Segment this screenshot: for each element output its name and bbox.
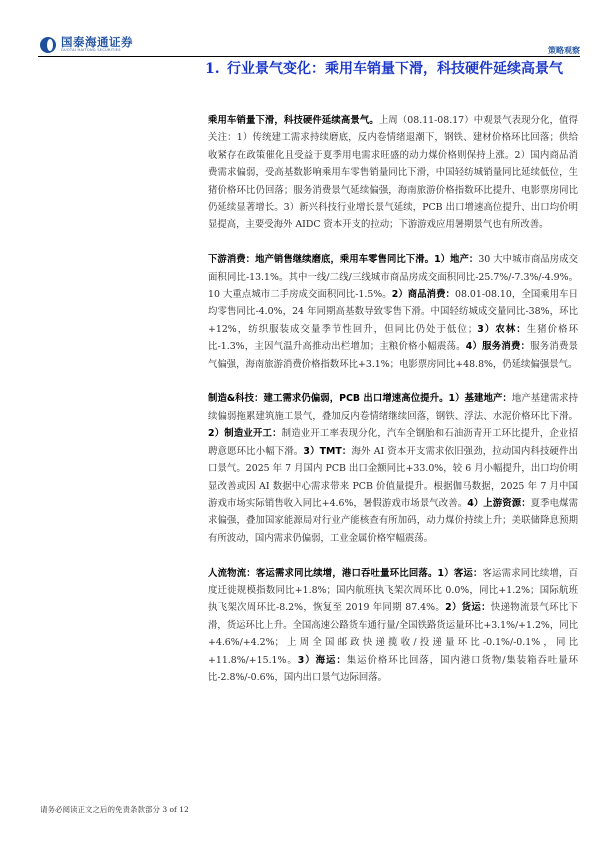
logo-name-en: GUOTAI HAITONG SECURITIES [61,48,133,53]
logo-name-cn: 国泰海通证券 [61,36,133,48]
paragraph-lead: 下游消费：地产销售继续磨底，乘用车零售同比下滑。 [208,254,434,265]
page-header: 国泰海通证券 GUOTAI HAITONG SECURITIES 策略观察 [38,36,580,58]
header-divider [38,56,580,57]
paragraph-text: 上周（08.11-08.17）中观景气表现分化，值得关注：1）传统建工需求持续磨… [208,115,578,230]
paragraph-lead: 人流物流：客运需求同比续增，港口吞吐量环比回落。 [208,568,438,579]
paragraph-manufacturing: 制造&科技：建工需求仍偏弱，PCB 出口增速高位提升。1）基建地产：地产基建需求… [208,390,578,547]
section-title-text: 行业景气变化：乘用车销量下滑，科技硬件延续高景气 [227,60,583,79]
segment-label: 4）服务消费： [466,341,530,352]
paragraph-lead: 乘用车销量下滑，科技硬件延续高景气。 [208,115,379,126]
segment-label: 3）海运： [298,655,347,666]
segment-label: 1）客运： [438,568,483,579]
segment-label: 2）制造业开工： [208,428,282,439]
page-footer: 请务必阅读正文之后的免责条款部分 3 of 12 [40,804,189,815]
section-number: 1. [205,60,227,79]
segment-label: 2）商品消费： [392,289,455,300]
page-number: 3 of 12 [162,805,188,814]
paragraph-consumption: 下游消费：地产销售继续磨底，乘用车零售同比下滑。1）地产：30 大中城市商品房成… [208,251,578,373]
segment-label: 3）农林： [477,324,526,335]
document-body: 乘用车销量下滑，科技硬件延续高景气。上周（08.11-08.17）中观景气表现分… [208,112,578,704]
segment-label: 1）基建地产： [449,393,512,404]
company-logo: 国泰海通证券 GUOTAI HAITONG SECURITIES [40,36,133,53]
logo-icon [40,37,56,53]
segment-label: 2）货运： [445,602,491,613]
paragraph-lead: 制造&科技：建工需求仍偏弱，PCB 出口增速高位提升。 [208,393,449,404]
segment-label: 4）上游资源： [467,498,530,509]
section-label: 策略观察 [548,45,580,56]
paragraph-logistics: 人流物流：客运需求同比续增，港口吞吐量环比回落。1）客运：客运需求同比续增，百度… [208,565,578,687]
section-title: 1. 行业景气变化：乘用车销量下滑，科技硬件延续高景气 [205,60,583,79]
disclaimer-text: 请务必阅读正文之后的免责条款部分 [40,805,160,814]
paragraph-summary: 乘用车销量下滑，科技硬件延续高景气。上周（08.11-08.17）中观景气表现分… [208,112,578,234]
segment-label: 1）地产： [434,254,478,265]
segment-label: 3）TMT： [303,446,351,457]
